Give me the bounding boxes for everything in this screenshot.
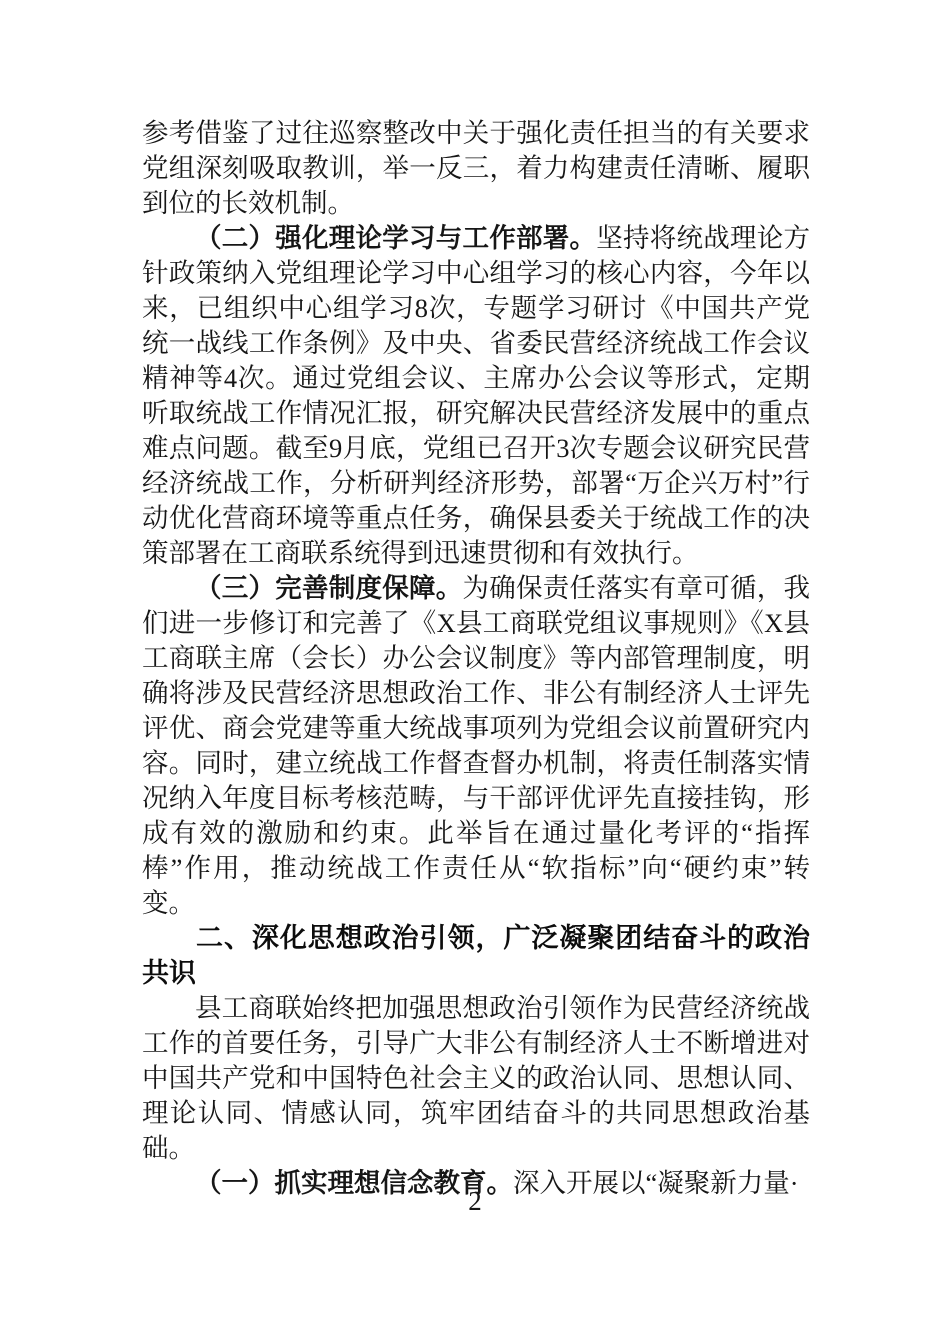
paragraph-lead: （三）完善制度保障。	[195, 573, 463, 603]
paragraph-text: 坚持将统战理论方针政策纳入党组理论学习中心组学习的核心内容，今年以来，已组织中心…	[142, 223, 810, 568]
paragraph: 县工商联始终把加强思想政治引领作为民营经济统战工作的首要任务，引导广大非公有制经…	[142, 991, 810, 1166]
paragraph-text: 参考借鉴了过往巡察整改中关于强化责任担当的有关要求党组深刻吸取教训，举一反三，着…	[142, 118, 810, 218]
section-heading: 二、深化思想政治引领，广泛凝聚团结奋斗的政治共识	[142, 921, 810, 991]
page-footer: 2	[0, 1186, 950, 1216]
paragraph: （二）强化理论学习与工作部署。坚持将统战理论方针政策纳入党组理论学习中心组学习的…	[142, 221, 810, 571]
section-heading-text: 二、深化思想政治引领，广泛凝聚团结奋斗的政治共识	[142, 923, 810, 988]
page-number: 2	[468, 1186, 482, 1216]
paragraph-lead: （二）强化理论学习与工作部署。	[195, 223, 596, 253]
paragraph-text: 县工商联始终把加强思想政治引领作为民营经济统战工作的首要任务，引导广大非公有制经…	[142, 993, 810, 1163]
paragraph-text: 为确保责任落实有章可循，我们进一步修订和完善了《X县工商联党组议事规则》《X县工…	[142, 573, 810, 918]
paragraph: （三）完善制度保障。为确保责任落实有章可循，我们进一步修订和完善了《X县工商联党…	[142, 571, 810, 921]
paragraph: 参考借鉴了过往巡察整改中关于强化责任担当的有关要求党组深刻吸取教训，举一反三，着…	[142, 116, 810, 221]
document-body: 参考借鉴了过往巡察整改中关于强化责任担当的有关要求党组深刻吸取教训，举一反三，着…	[142, 116, 810, 1201]
document-page: 参考借鉴了过往巡察整改中关于强化责任担当的有关要求党组深刻吸取教训，举一反三，着…	[0, 0, 950, 1344]
